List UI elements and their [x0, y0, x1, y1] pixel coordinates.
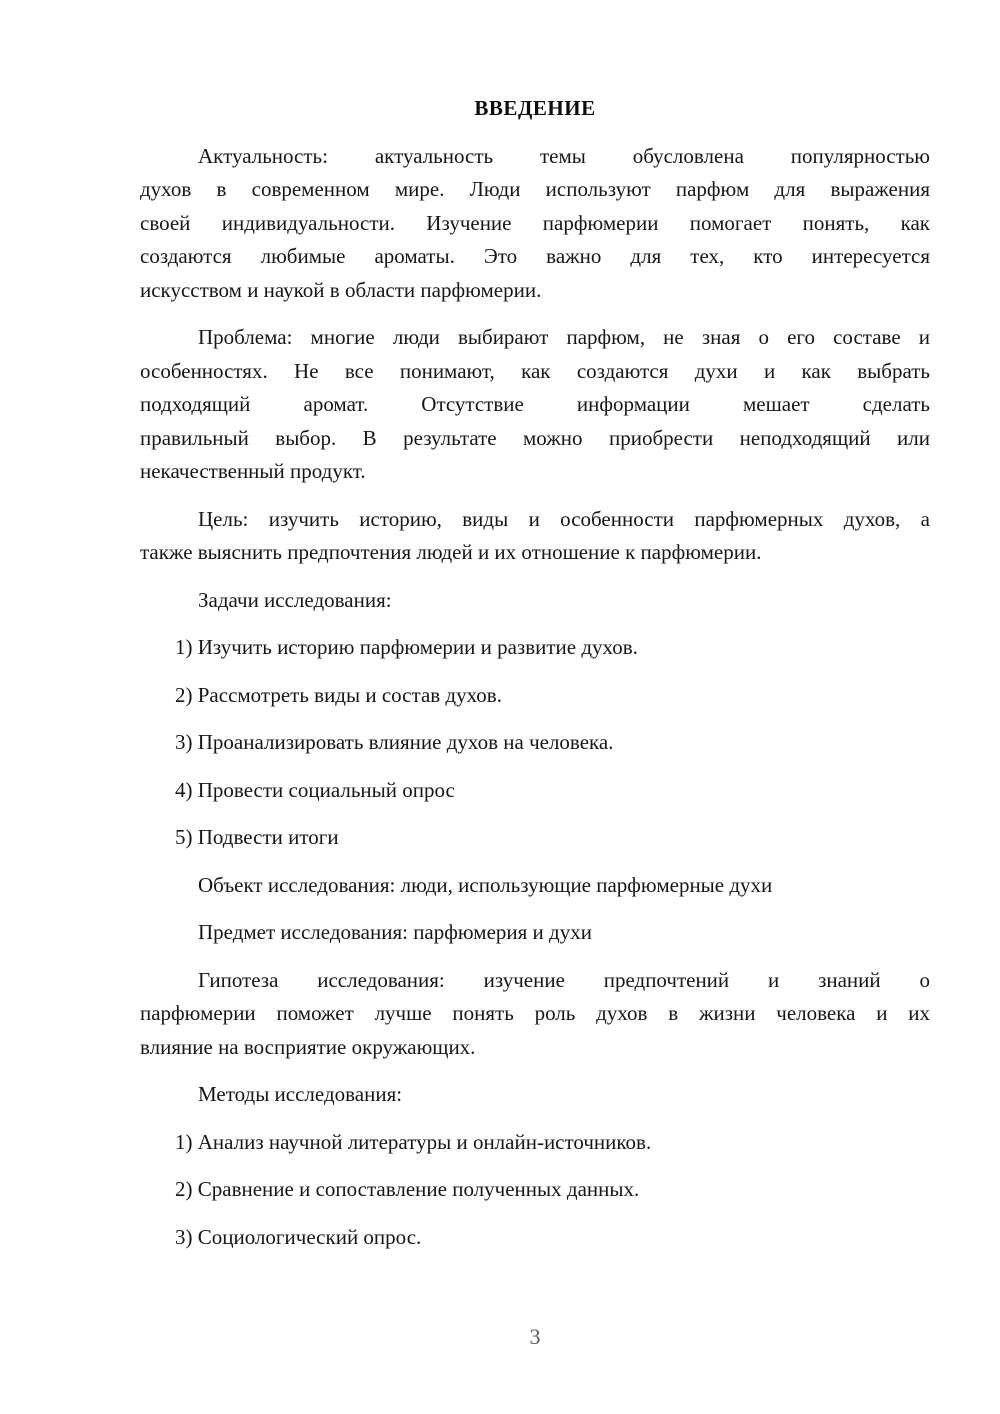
text-line: духов в современном мире. Люди использую…	[140, 173, 930, 207]
page-number: 3	[140, 1320, 930, 1354]
task-list-item: 5) Подвести итоги	[140, 821, 930, 855]
paragraph-relevance: Актуальность: актуальность темы обусловл…	[140, 140, 930, 308]
text-line: также выяснить предпочтения людей и их о…	[140, 536, 930, 570]
paragraph-problem: Проблема: многие люди выбирают парфюм, н…	[140, 321, 930, 489]
task-list-item: 4) Провести социальный опрос	[140, 774, 930, 808]
task-list-item: 3) Проанализировать влияние духов на чел…	[140, 726, 930, 760]
task-list-item: 2) Рассмотреть виды и состав духов.	[140, 679, 930, 713]
text-line: парфюмерии поможет лучше понять роль дух…	[140, 997, 930, 1031]
document-page: ВВЕДЕНИЕ Актуальность: актуальность темы…	[0, 0, 1000, 1414]
page-title: ВВЕДЕНИЕ	[140, 92, 930, 126]
text-line: правильный выбор. В результате можно при…	[140, 422, 930, 456]
text-line: подходящий аромат. Отсутствие информации…	[140, 388, 930, 422]
text-line: некачественный продукт.	[140, 455, 930, 489]
method-list-item: 2) Сравнение и сопоставление полученных …	[140, 1173, 930, 1207]
task-list-item: 1) Изучить историю парфюмерии и развитие…	[140, 631, 930, 665]
text-line: Цель: изучить историю, виды и особенност…	[140, 503, 930, 537]
method-list-item: 1) Анализ научной литературы и онлайн-ис…	[140, 1126, 930, 1160]
text-line: Актуальность: актуальность темы обусловл…	[140, 140, 930, 174]
text-line: Гипотеза исследования: изучение предпочт…	[140, 964, 930, 998]
text-line: Проблема: многие люди выбирают парфюм, н…	[140, 321, 930, 355]
text-line: создаются любимые ароматы. Это важно для…	[140, 240, 930, 274]
research-object: Объект исследования: люди, использующие …	[140, 869, 930, 903]
text-line: влияние на восприятие окружающих.	[140, 1031, 930, 1065]
paragraph-hypothesis: Гипотеза исследования: изучение предпочт…	[140, 964, 930, 1065]
research-subject: Предмет исследования: парфюмерия и духи	[140, 916, 930, 950]
text-line: особенностях. Не все понимают, как созда…	[140, 355, 930, 389]
method-list-item: 3) Социологический опрос.	[140, 1221, 930, 1255]
methods-heading: Методы исследования:	[140, 1078, 930, 1112]
text-line: искусством и наукой в области парфюмерии…	[140, 274, 930, 308]
text-line: своей индивидуальности. Изучение парфюме…	[140, 207, 930, 241]
paragraph-goal: Цель: изучить историю, виды и особенност…	[140, 503, 930, 570]
tasks-heading: Задачи исследования:	[140, 584, 930, 618]
